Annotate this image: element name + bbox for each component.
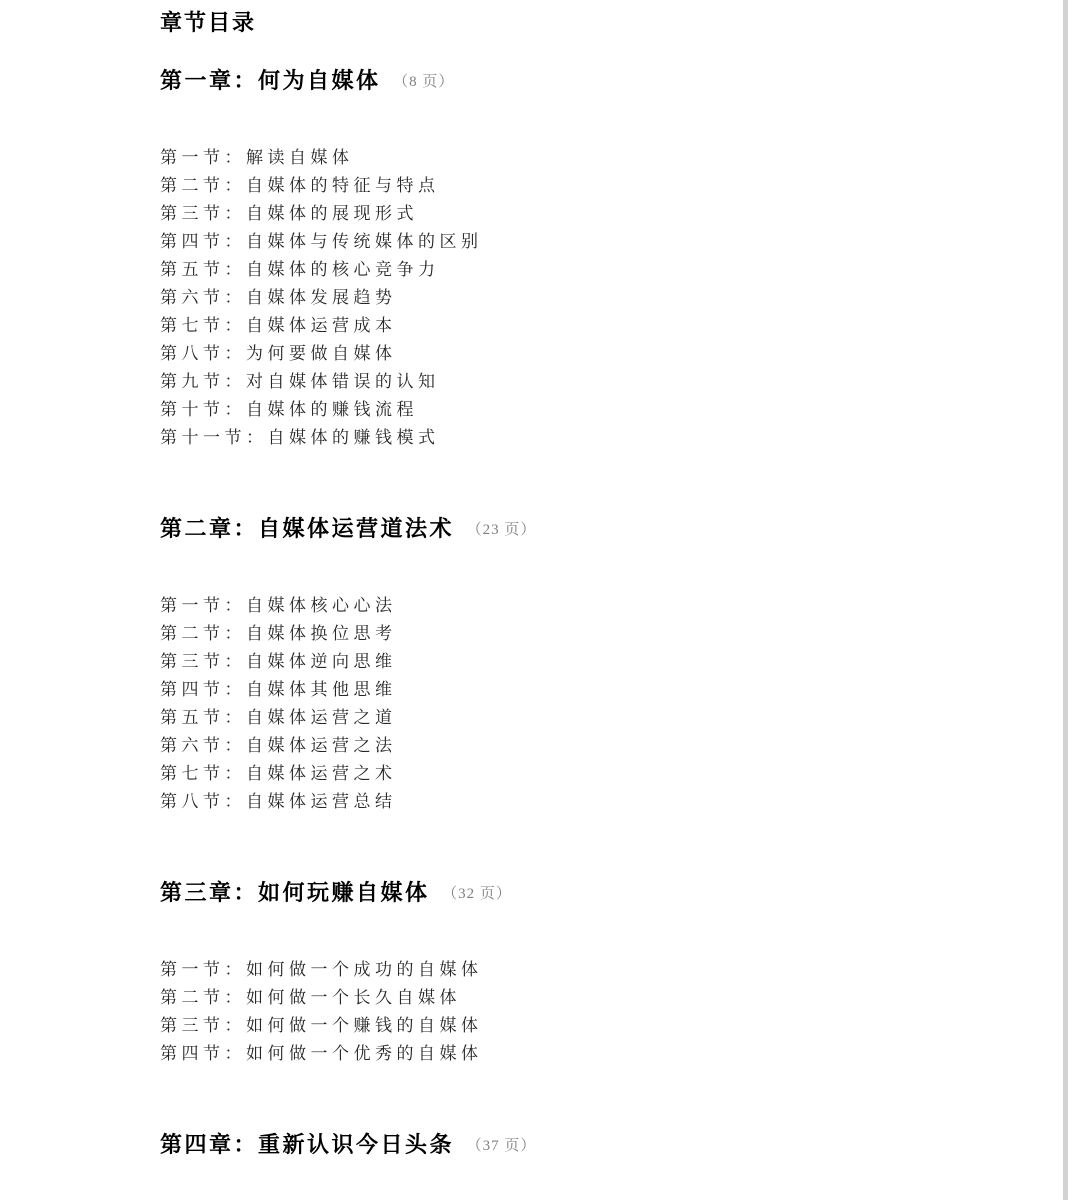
section-list: 第一节：解读自媒体第二节：自媒体的特征与特点第三节：自媒体的展现形式第四节：自媒… — [160, 144, 998, 452]
chapter-heading-text: 第三章：如何玩赚自媒体 — [160, 880, 430, 905]
chapter-block: 第一章：何为自媒体 （8 页） 第一节：解读自媒体第二节：自媒体的特征与特点第三… — [160, 66, 998, 452]
section-item: 第一节：如何做一个成功的自媒体 — [160, 956, 998, 984]
section-item: 第二节：如何做一个长久自媒体 — [160, 984, 998, 1012]
section-item: 第五节：自媒体运营之道 — [160, 704, 998, 732]
section-item: 第四节：如何做一个优秀的自媒体 — [160, 1040, 998, 1068]
chapter-page-count: （23 页） — [467, 522, 537, 538]
chapter-page-count: （8 页） — [393, 74, 454, 90]
section-item: 第九节：对自媒体错误的认知 — [160, 368, 998, 396]
chapter-heading: 第二章：自媒体运营道法术 （23 页） — [160, 514, 998, 545]
section-item: 第二节：自媒体换位思考 — [160, 620, 998, 648]
section-item: 第三节：自媒体的展现形式 — [160, 200, 998, 228]
section-list: 第一节：自媒体核心心法第二节：自媒体换位思考第三节：自媒体逆向思维第四节：自媒体… — [160, 592, 998, 816]
chapter-block: 第三章：如何玩赚自媒体 （32 页） 第一节：如何做一个成功的自媒体第二节：如何… — [160, 878, 998, 1068]
chapter-heading: 第一章：何为自媒体 （8 页） — [160, 66, 998, 97]
section-item: 第七节：自媒体运营之术 — [160, 760, 998, 788]
section-item: 第七节：自媒体运营成本 — [160, 312, 998, 340]
section-item: 第六节：自媒体运营之法 — [160, 732, 998, 760]
section-item: 第四节：自媒体与传统媒体的区别 — [160, 228, 998, 256]
chapter-page-count: （37 页） — [467, 1138, 537, 1154]
section-item: 第二节：自媒体的特征与特点 — [160, 172, 998, 200]
section-item: 第十一节：自媒体的赚钱模式 — [160, 424, 998, 452]
chapter-block: 第二章：自媒体运营道法术 （23 页） 第一节：自媒体核心心法第二节：自媒体换位… — [160, 514, 998, 816]
section-item: 第三节：如何做一个赚钱的自媒体 — [160, 1012, 998, 1040]
chapter-block: 第四章：重新认识今日头条 （37 页） — [160, 1130, 998, 1161]
chapter-heading-text: 第一章：何为自媒体 — [160, 68, 381, 93]
page-edge — [1063, 0, 1068, 1200]
section-item: 第三节：自媒体逆向思维 — [160, 648, 998, 676]
section-item: 第八节：自媒体运营总结 — [160, 788, 998, 816]
section-item: 第一节：解读自媒体 — [160, 144, 998, 172]
chapter-heading-text: 第二章：自媒体运营道法术 — [160, 516, 454, 541]
chapter-list: 第一章：何为自媒体 （8 页） 第一节：解读自媒体第二节：自媒体的特征与特点第三… — [160, 66, 998, 1161]
section-item: 第五节：自媒体的核心竞争力 — [160, 256, 998, 284]
section-item: 第四节：自媒体其他思维 — [160, 676, 998, 704]
section-item: 第一节：自媒体核心心法 — [160, 592, 998, 620]
section-item: 第六节：自媒体发展趋势 — [160, 284, 998, 312]
document-page: 章节目录 第一章：何为自媒体 （8 页） 第一节：解读自媒体第二节：自媒体的特征… — [0, 0, 1068, 1161]
chapter-heading-text: 第四章：重新认识今日头条 — [160, 1132, 454, 1157]
chapter-heading: 第四章：重新认识今日头条 （37 页） — [160, 1130, 998, 1161]
section-item: 第八节：为何要做自媒体 — [160, 340, 998, 368]
section-item: 第十节：自媒体的赚钱流程 — [160, 396, 998, 424]
page-title: 章节目录 — [160, 10, 998, 36]
section-list: 第一节：如何做一个成功的自媒体第二节：如何做一个长久自媒体第三节：如何做一个赚钱… — [160, 956, 998, 1068]
chapter-page-count: （32 页） — [442, 886, 512, 902]
chapter-heading: 第三章：如何玩赚自媒体 （32 页） — [160, 878, 998, 909]
